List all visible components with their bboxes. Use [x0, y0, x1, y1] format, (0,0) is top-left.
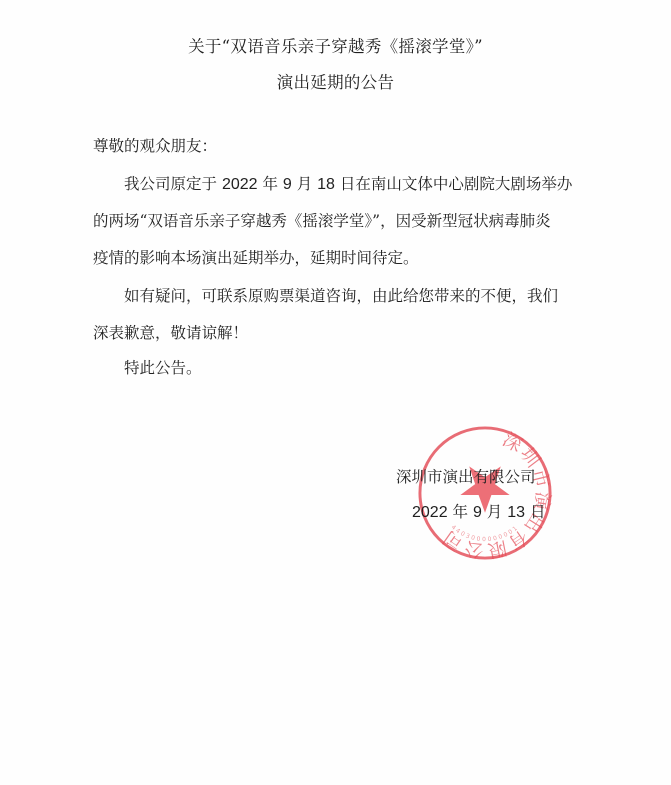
company-seal-icon: 深圳市演出有限公司 4403000000001 [416, 424, 554, 562]
closing-text: 特此公告。 [93, 350, 577, 387]
page-title-line-2: 演出延期的公告 [0, 69, 671, 93]
paragraph-line: 如有疑问，可联系原购票渠道咨询，由此给您带来的不便，我们 [93, 278, 577, 315]
paragraph-line: 深表歉意，敬请谅解！ [93, 315, 577, 352]
paragraph-closing: 特此公告。 [93, 350, 577, 387]
paragraph-postponement: 我公司原定于 2022 年 9 月 18 日在南山文体中心剧院大剧场举办 的两场… [93, 166, 577, 277]
paragraph-apology: 如有疑问，可联系原购票渠道咨询，由此给您带来的不便，我们 深表歉意，敬请谅解！ [93, 278, 577, 352]
paragraph-line: 疫情的影响本场演出延期举办，延期时间待定。 [93, 240, 577, 277]
document-page: 关于“双语音乐亲子穿越秀《摇滚学堂》” 演出延期的公告 尊敬的观众朋友： 我公司… [0, 0, 671, 785]
signature-date: 2022 年 9 月 13 日 [412, 500, 545, 522]
paragraph-line: 我公司原定于 2022 年 9 月 18 日在南山文体中心剧院大剧场举办 [93, 166, 577, 203]
page-title-line-1: 关于“双语音乐亲子穿越秀《摇滚学堂》” [0, 33, 671, 57]
paragraph-line: 的两场“双语音乐亲子穿越秀《摇滚学堂》”，因受新型冠状病毒肺炎 [93, 203, 577, 240]
signature-company: 深圳市演出有限公司 [396, 465, 536, 487]
salutation: 尊敬的观众朋友： [93, 128, 217, 165]
